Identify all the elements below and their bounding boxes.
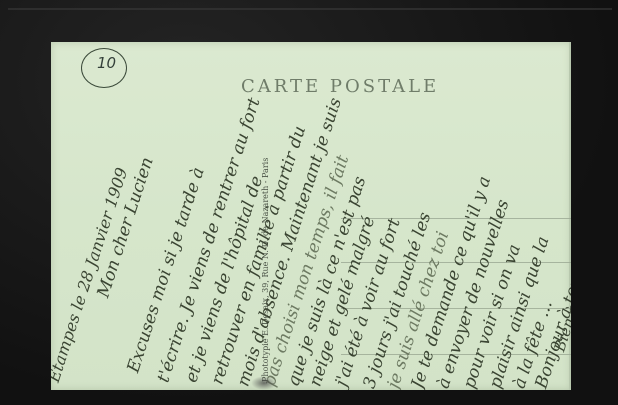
circled-number: 10 (97, 54, 116, 72)
scanner-edge (8, 8, 612, 10)
ink-smudge (251, 376, 277, 390)
postcard-header: CARTE POSTALE (241, 76, 439, 97)
postcard-back: CARTE POSTALE Phototypie E. Desaix, 39, … (51, 42, 571, 390)
